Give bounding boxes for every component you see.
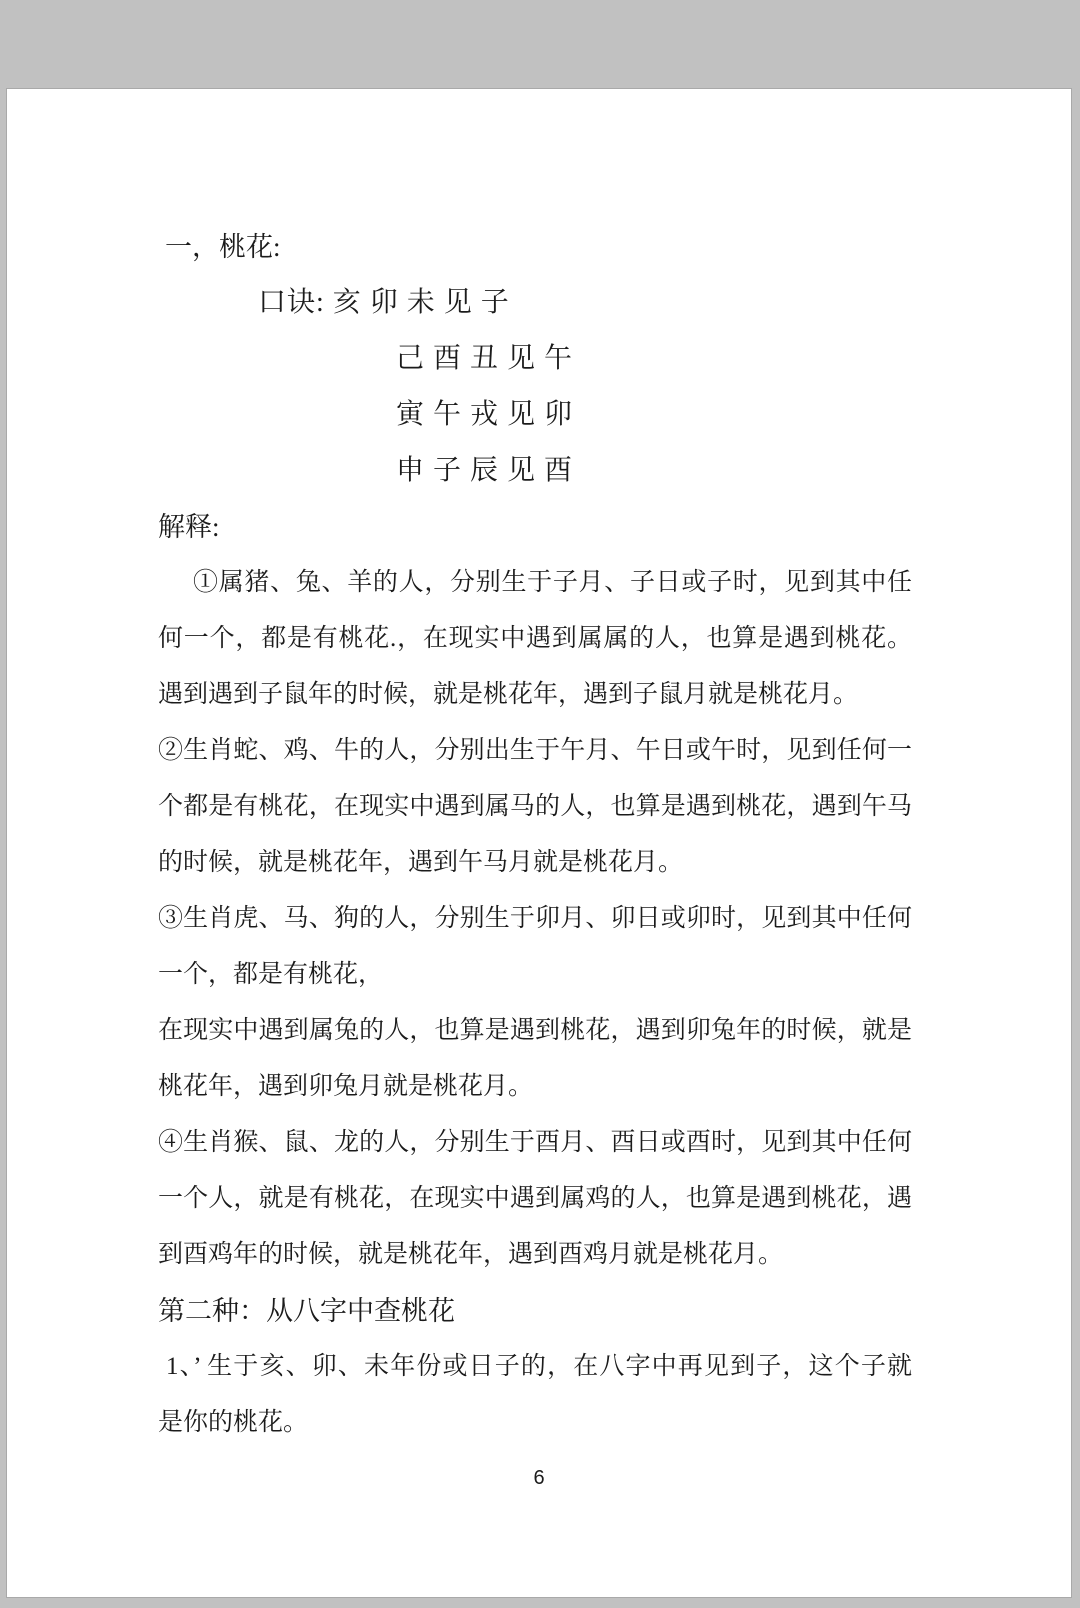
formula-line: 口诀: 亥 卯 未 见 子 (158, 275, 912, 331)
formula-line: 申 子 辰 见 酉 (158, 443, 912, 499)
body-line: 在现实中遇到属兔的人，也算是遇到桃花，遇到卯兔年的时候，就是 (158, 1003, 912, 1059)
body-line: 1、’ 生于亥、卯、未年份或日子的，在八字中再见到子，这个子就 (158, 1339, 912, 1395)
body-line: ②生肖蛇、鸡、牛的人，分别出生于午月、午日或午时，见到任何一 (158, 723, 912, 779)
body-line: ③生肖虎、马、狗的人，分别生于卯月、卯日或卯时，见到其中任何 (158, 891, 912, 947)
heading-line: 第二种：从八字中查桃花 (158, 1283, 912, 1339)
heading-line: 一，桃花: (158, 219, 912, 275)
document-viewer: 一，桃花:口诀: 亥 卯 未 见 子己 酉 丑 见 午寅 午 戎 见 卯申 子 … (0, 0, 1080, 1608)
body-line: 的时候，就是桃花年，遇到午马月就是桃花月。 (158, 835, 912, 891)
formula-line: 己 酉 丑 见 午 (158, 331, 912, 387)
heading-line: 解释: (158, 499, 912, 555)
body-line: ①属猪、兔、羊的人，分别生于子月、子日或子时，见到其中任 (158, 555, 912, 611)
body-line: 何一个，都是有桃花.，在现实中遇到属属的人，也算是遇到桃花。 (158, 611, 912, 667)
body-line: 到酉鸡年的时候，就是桃花年，遇到酉鸡月就是桃花月。 (158, 1227, 912, 1283)
document-page: 一，桃花:口诀: 亥 卯 未 见 子己 酉 丑 见 午寅 午 戎 见 卯申 子 … (6, 88, 1072, 1598)
formula-line: 寅 午 戎 见 卯 (158, 387, 912, 443)
page-number: 6 (7, 1467, 1071, 1489)
body-line: 一个，都是有桃花， (158, 947, 912, 1003)
body-line: 一个人，就是有桃花，在现实中遇到属鸡的人，也算是遇到桃花，遇 (158, 1171, 912, 1227)
body-line: 个都是有桃花，在现实中遇到属马的人，也算是遇到桃花，遇到午马 (158, 779, 912, 835)
body-line: 桃花年，遇到卯兔月就是桃花月。 (158, 1059, 912, 1115)
body-line: 是你的桃花。 (158, 1395, 912, 1451)
body-line: 遇到遇到子鼠年的时候，就是桃花年，遇到子鼠月就是桃花月。 (158, 667, 912, 723)
body-line: ④生肖猴、鼠、龙的人，分别生于酉月、酉日或酉时，见到其中任何 (158, 1115, 912, 1171)
page-content: 一，桃花:口诀: 亥 卯 未 见 子己 酉 丑 见 午寅 午 戎 见 卯申 子 … (158, 219, 912, 1451)
